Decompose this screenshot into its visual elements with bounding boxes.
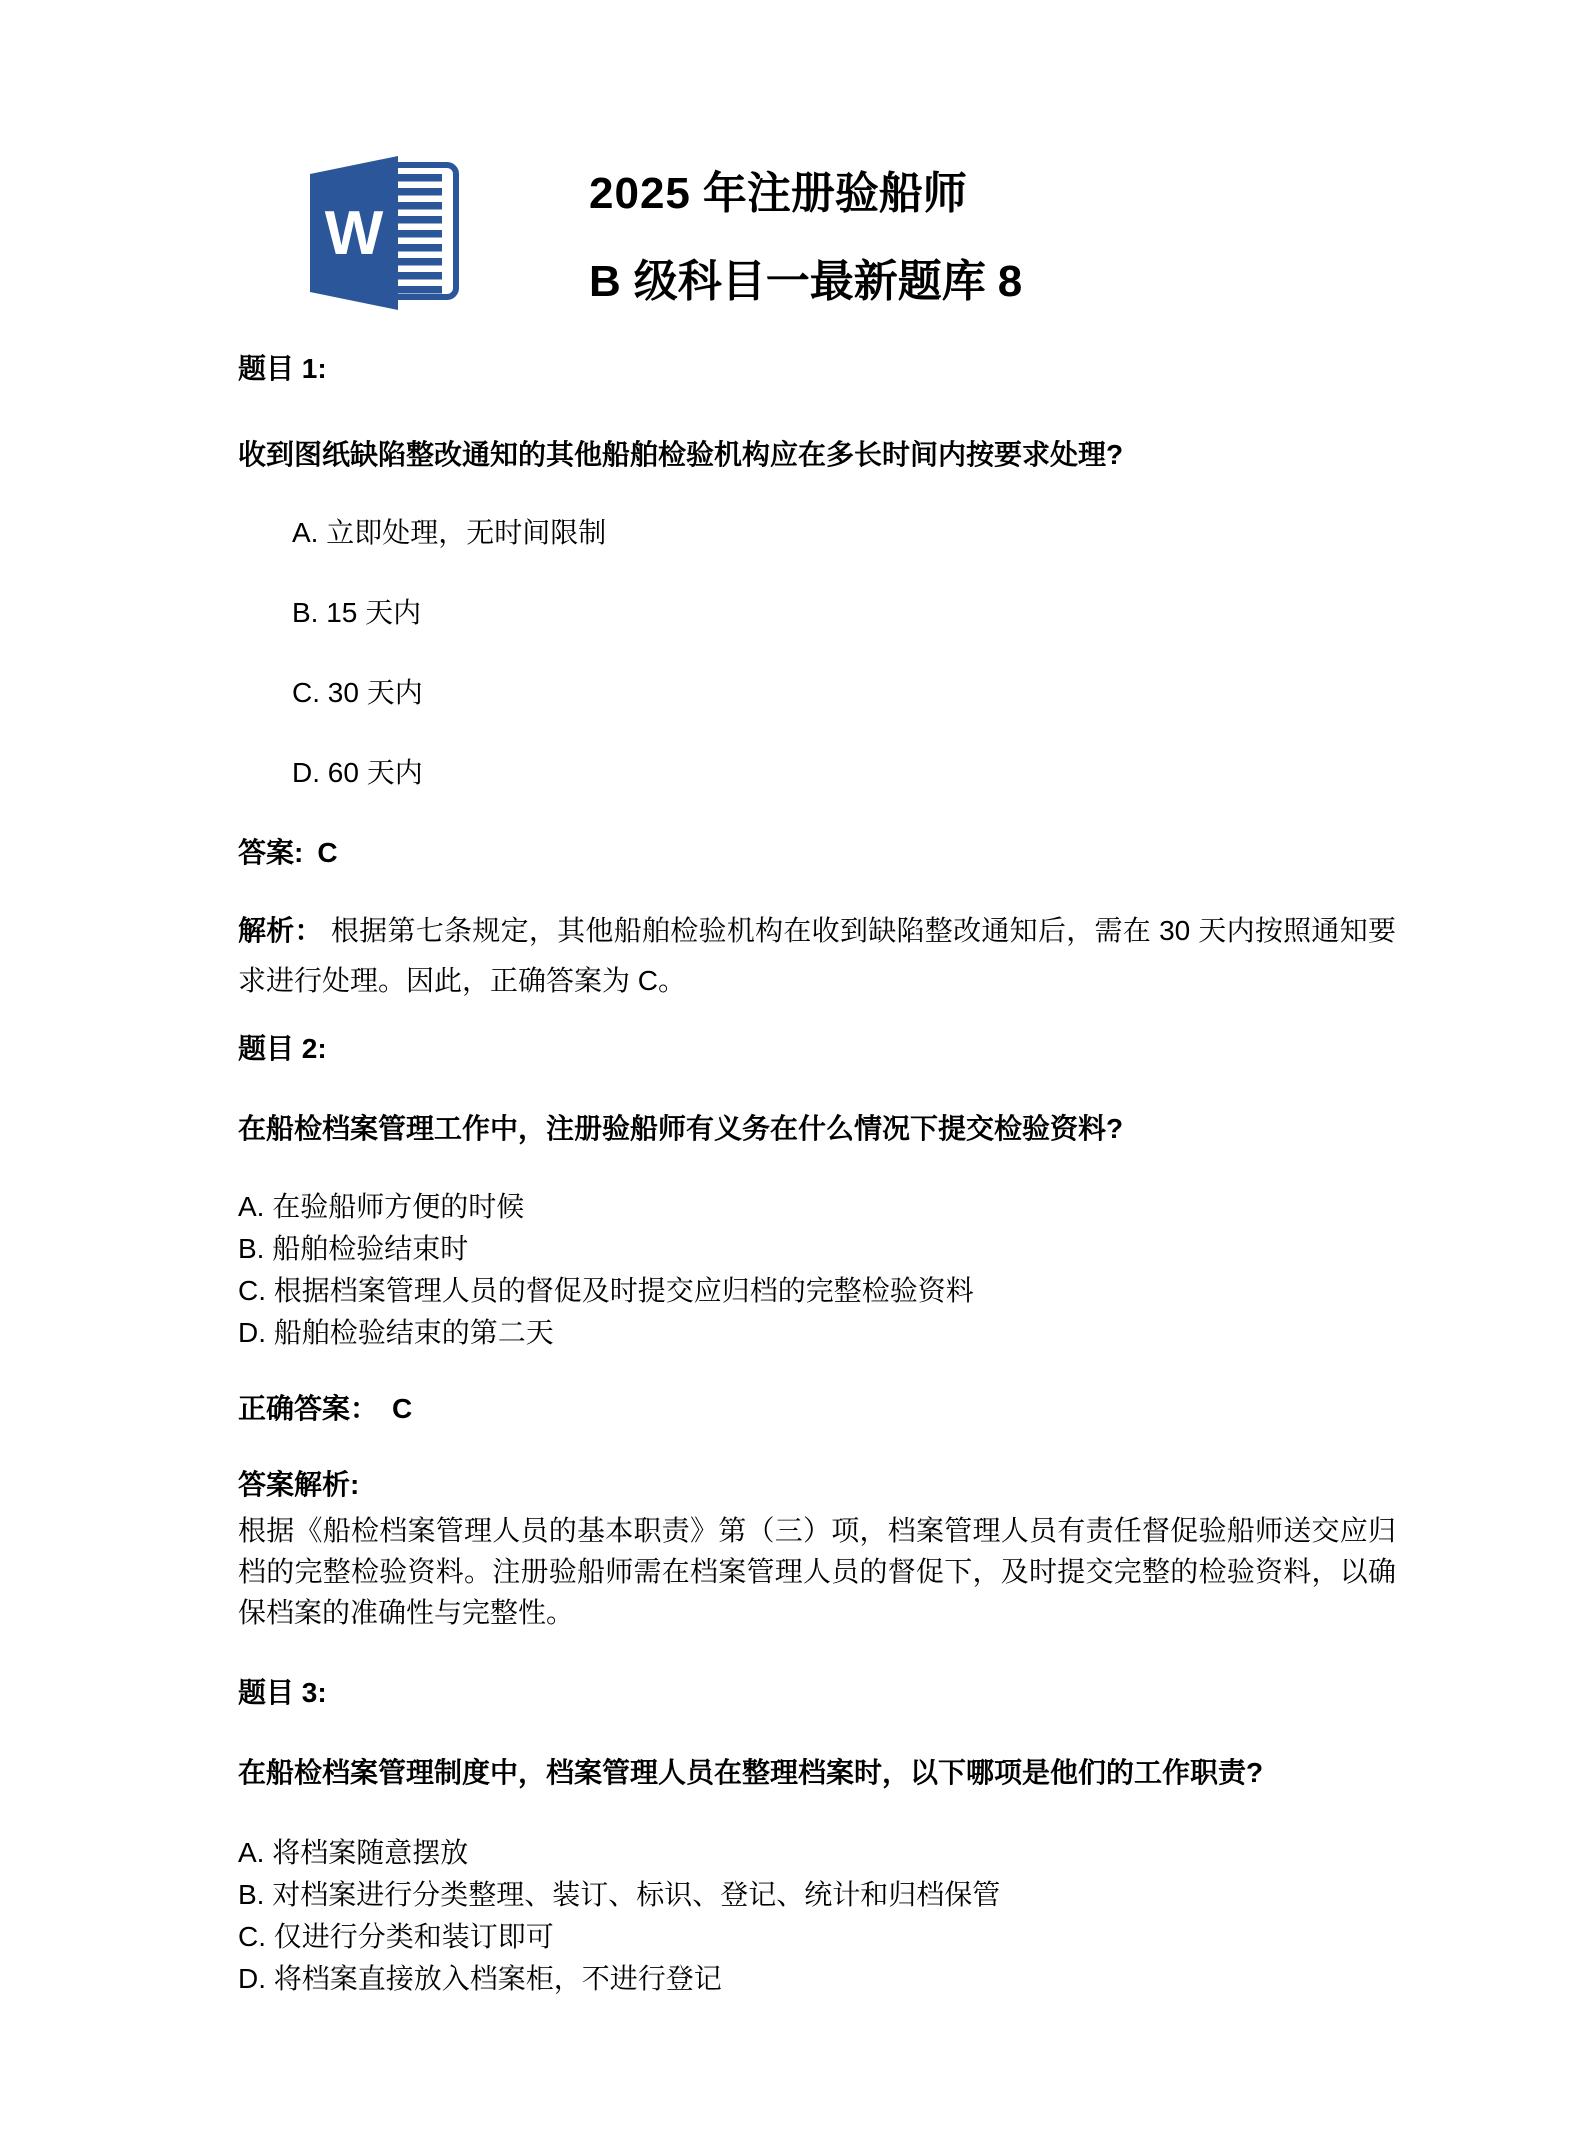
question2-text: 在船检档案管理工作中，注册验船师有义务在什么情况下提交检验资料? [238, 1112, 1123, 1146]
question2-answer-value: C [392, 1393, 412, 1424]
title-line-1: 2025年注册验船师 [589, 150, 1023, 238]
question2-answer-row: 正确答案：C [238, 1392, 412, 1426]
question1-answer-row: 答案:C [238, 836, 338, 870]
question2-option-a: A. 在验船师方便的时候 [238, 1186, 974, 1228]
document-page: W 2025年注册验船师 B级科目一最新题库8 题目 1: 收到图纸缺陷整改通知… [0, 0, 1587, 2140]
question3-option-d: D. 将档案直接放入档案柜，不进行登记 [238, 1958, 1000, 2000]
question3-option-b: B. 对档案进行分类整理、装订、标识、登记、统计和归档保管 [238, 1874, 1000, 1916]
question2-analysis-text: 根据《船检档案管理人员的基本职责》第（三）项，档案管理人员有责任督促验船师送交应… [238, 1510, 1396, 1633]
question2-analysis-label: 答案解析: [238, 1468, 359, 1502]
question1-option-a: A. 立即处理，无时间限制 [292, 516, 606, 550]
question3-options: A. 将档案随意摆放 B. 对档案进行分类整理、装订、标识、登记、统计和归档保管… [238, 1832, 1000, 2000]
question2-options: A. 在验船师方便的时候 B. 船舶检验结束时 C. 根据档案管理人员的督促及时… [238, 1186, 974, 1354]
question2-answer-label: 正确答案： [238, 1393, 378, 1424]
question1-option-b: B. 15 天内 [292, 596, 421, 630]
question3-option-c: C. 仅进行分类和装订即可 [238, 1916, 1000, 1958]
question1-text: 收到图纸缺陷整改通知的其他船舶检验机构应在多长时间内按要求处理? [238, 438, 1123, 472]
title-line-2: B级科目一最新题库8 [589, 238, 1023, 326]
question1-answer-value: C [317, 837, 337, 868]
title-level: B [589, 257, 622, 306]
question1-analysis-label: 解析： [238, 915, 323, 946]
question1-analysis-text: 根据第七条规定，其他船舶检验机构在收到缺陷整改通知后，需在 30 天内按照通知要… [238, 915, 1396, 996]
question1-answer-label: 答案: [238, 837, 303, 868]
question2-label: 题目 2: [238, 1032, 327, 1066]
question1-label: 题目 1: [238, 352, 327, 386]
document-title: 2025年注册验船师 B级科目一最新题库8 [589, 150, 1023, 326]
word-icon-svg: W [310, 152, 462, 310]
title-line1-text: 年注册验船师 [703, 169, 967, 218]
title-volume-number: 8 [998, 257, 1023, 306]
question3-option-a: A. 将档案随意摆放 [238, 1832, 1000, 1874]
question1-analysis: 解析： 根据第七条规定，其他船舶检验机构在收到缺陷整改通知后，需在 30 天内按… [238, 906, 1396, 1006]
word-icon-letter: W [325, 199, 384, 268]
question3-text: 在船检档案管理制度中，档案管理人员在整理档案时，以下哪项是他们的工作职责? [238, 1756, 1263, 1790]
question2-option-c: C. 根据档案管理人员的督促及时提交应归档的完整检验资料 [238, 1270, 974, 1312]
question1-option-d: D. 60 天内 [292, 756, 423, 790]
question2-option-b: B. 船舶检验结束时 [238, 1228, 974, 1270]
title-year: 2025 [589, 169, 691, 218]
word-logo-icon: W [310, 152, 462, 310]
title-line2-text: 级科目一最新题库 [634, 257, 986, 306]
question1-option-c: C. 30 天内 [292, 676, 423, 710]
question3-label: 题目 3: [238, 1676, 327, 1710]
question2-option-d: D. 船舶检验结束的第二天 [238, 1312, 974, 1354]
